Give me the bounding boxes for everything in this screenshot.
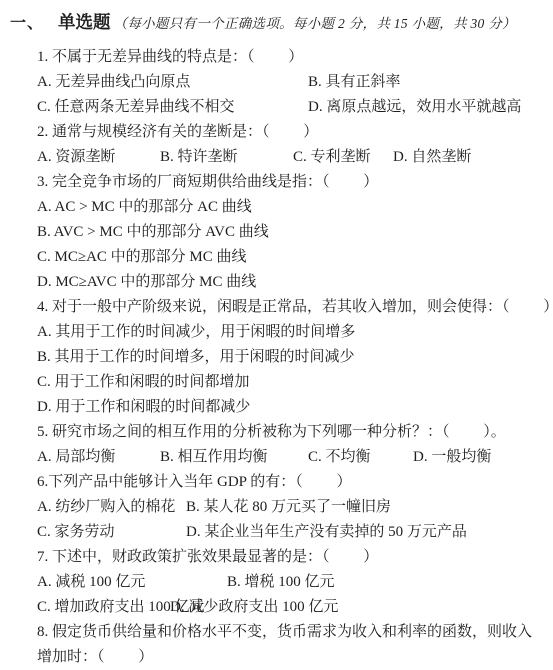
option-a: A. 纺纱厂购入的棉花: [37, 495, 175, 520]
question-7-options-ab: A. 减税 100 亿元 B. 增税 100 亿元: [0, 570, 553, 595]
option-d: D. 减少政府支出 100 亿元: [170, 595, 338, 620]
option-a: A. AC > MC 中的那部分 AC 曲线: [37, 195, 252, 220]
section-number: 一、: [10, 10, 44, 33]
option-b: B. 增税 100 亿元: [227, 570, 335, 595]
question-stem: 7. 下述中，财政政策扩张效果最显著的是：（ ）: [37, 545, 378, 570]
option-c: C. MC≥AC 中的那部分 MC 曲线: [37, 245, 247, 270]
question-stem: 1. 不属于无差异曲线的特点是：（ ）: [37, 45, 303, 70]
question-4-option-d: D. 用于工作和闲暇的时间都减少: [0, 395, 553, 420]
question-3-option-b: B. AVC > MC 中的那部分 AVC 曲线: [0, 220, 553, 245]
question-7-stem-line: 7. 下述中，财政政策扩张效果最显著的是：（ ）: [0, 545, 553, 570]
question-stem: 6.下列产品中能够计入当年 GDP 的有：（ ）: [37, 470, 351, 495]
option-a: A. 其用于工作的时间减少，用于闲暇的时间增多: [37, 320, 355, 345]
question-7-options-cd: C. 增加政府支出 100 亿元 D. 减少政府支出 100 亿元: [0, 595, 553, 620]
question-5-options: A. 局部均衡 B. 相互作用均衡 C. 不均衡 D. 一般均衡: [0, 445, 553, 470]
question-stem: 3. 完全竞争市场的厂商短期供给曲线是指：（ ）: [37, 170, 378, 195]
option-d: D. 某企业当年生产没有卖掉的 50 万元产品: [186, 520, 467, 545]
question-2-stem-line: 2. 通常与规模经济有关的垄断是：（ ）: [0, 120, 553, 145]
option-b: B. 相互作用均衡: [160, 445, 268, 470]
option-b: B. 其用于工作的时间增多，用于闲暇的时间减少: [37, 345, 355, 370]
question-3-option-a: A. AC > MC 中的那部分 AC 曲线: [0, 195, 553, 220]
question-stem-continued: 增加时：（ ）: [37, 645, 153, 670]
section-title: 单选题: [58, 9, 111, 34]
question-3-option-d: D. MC≥AVC 中的那部分 MC 曲线: [0, 270, 553, 295]
option-d: D. 用于工作和闲暇的时间都减少: [37, 395, 250, 420]
question-stem: 5. 研究市场之间的相互作用的分析被称为下列哪一种分析？：（ ）。: [37, 420, 506, 445]
question-5-stem-line: 5. 研究市场之间的相互作用的分析被称为下列哪一种分析？：（ ）。: [0, 420, 553, 445]
option-c: C. 不均衡: [308, 445, 371, 470]
question-stem: 8. 假定货币供给量和价格水平不变，货币需求为收入和利率的函数，则收入: [37, 620, 532, 645]
question-4-option-b: B. 其用于工作的时间增多，用于闲暇的时间减少: [0, 345, 553, 370]
section-header: 一、 单选题 （每小题只有一个正确选项。每小题 2 分，共 15 小题，共 30…: [10, 9, 553, 36]
option-d: D. 自然垄断: [393, 145, 471, 170]
exam-page: 一、 单选题 （每小题只有一个正确选项。每小题 2 分，共 15 小题，共 30…: [0, 0, 553, 670]
option-a: A. 资源垄断: [37, 145, 115, 170]
question-stem: 4. 对于一般中产阶级来说，闲暇是正常品，若其收入增加，则会使得：（ ）: [37, 295, 553, 320]
question-3-option-c: C. MC≥AC 中的那部分 MC 曲线: [0, 245, 553, 270]
question-2-options: A. 资源垄断 B. 特许垄断 C. 专利垄断 D. 自然垄断: [0, 145, 553, 170]
option-a: A. 局部均衡: [37, 445, 115, 470]
question-3-stem-line: 3. 完全竞争市场的厂商短期供给曲线是指：（ ）: [0, 170, 553, 195]
option-c: C. 用于工作和闲暇的时间都增加: [37, 370, 250, 395]
question-4-stem-line: 4. 对于一般中产阶级来说，闲暇是正常品，若其收入增加，则会使得：（ ）: [0, 295, 553, 320]
option-b: B. AVC > MC 中的那部分 AVC 曲线: [37, 220, 269, 245]
question-1-options-cd: C. 任意两条无差异曲线不相交 D. 离原点越远，效用水平就越高: [0, 95, 553, 120]
option-d: D. MC≥AVC 中的那部分 MC 曲线: [37, 270, 256, 295]
question-4-option-c: C. 用于工作和闲暇的时间都增加: [0, 370, 553, 395]
option-b: B. 具有正斜率: [308, 70, 401, 95]
option-a: A. 无差异曲线凸向原点: [37, 70, 190, 95]
question-8-stem-line-2: 增加时：（ ）: [0, 645, 553, 670]
question-6-options-cd: C. 家务劳动 D. 某企业当年生产没有卖掉的 50 万元产品: [0, 520, 553, 545]
option-d: D. 离原点越远，效用水平就越高: [308, 95, 521, 120]
option-c: C. 专利垄断: [293, 145, 371, 170]
section-note: （每小题只有一个正确选项。每小题 2 分，共 15 小题，共 30 分）: [114, 12, 516, 32]
option-c: C. 任意两条无差异曲线不相交: [37, 95, 235, 120]
question-8-stem-line-1: 8. 假定货币供给量和价格水平不变，货币需求为收入和利率的函数，则收入: [0, 620, 553, 645]
option-d: D. 一般均衡: [413, 445, 491, 470]
question-4-option-a: A. 其用于工作的时间减少，用于闲暇的时间增多: [0, 320, 553, 345]
option-a: A. 减税 100 亿元: [37, 570, 145, 595]
option-b: B. 特许垄断: [160, 145, 238, 170]
question-1-options-ab: A. 无差异曲线凸向原点 B. 具有正斜率: [0, 70, 553, 95]
question-6-stem-line: 6.下列产品中能够计入当年 GDP 的有：（ ）: [0, 470, 553, 495]
question-1-stem-line: 1. 不属于无差异曲线的特点是：（ ）: [0, 45, 553, 70]
question-6-options-ab: A. 纺纱厂购入的棉花 B. 某人花 80 万元买了一幢旧房: [0, 495, 553, 520]
question-list: 1. 不属于无差异曲线的特点是：（ ） A. 无差异曲线凸向原点 B. 具有正斜…: [0, 45, 553, 670]
option-b: B. 某人花 80 万元买了一幢旧房: [186, 495, 391, 520]
option-c: C. 家务劳动: [37, 520, 115, 545]
question-stem: 2. 通常与规模经济有关的垄断是：（ ）: [37, 120, 318, 145]
